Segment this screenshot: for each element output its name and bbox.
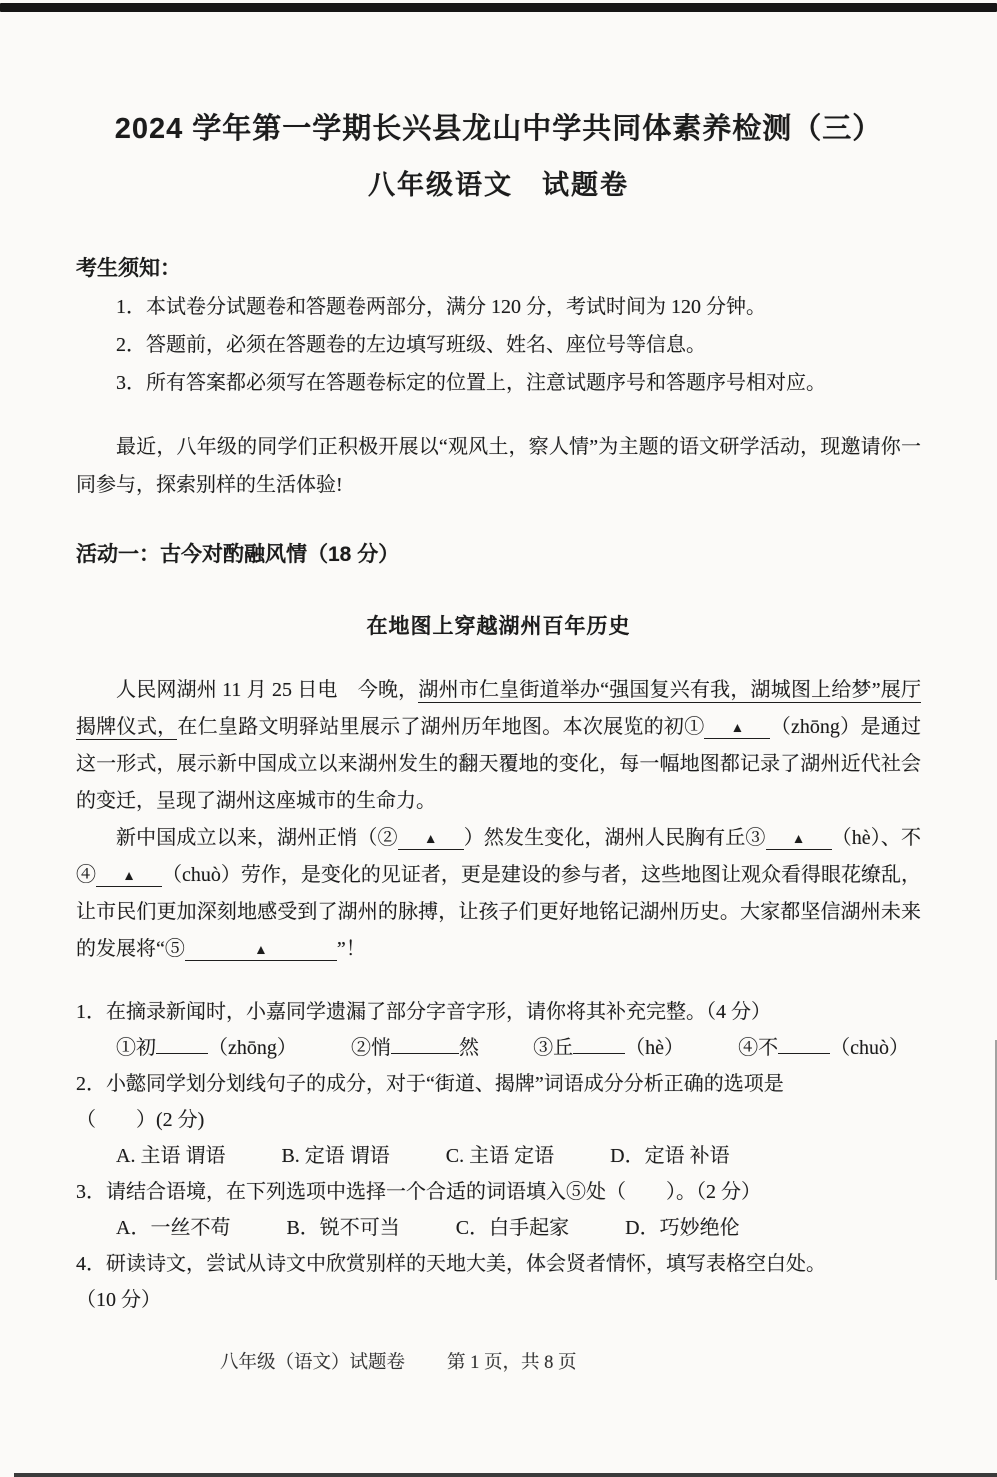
q1-item2-pre: ②悄 bbox=[351, 1037, 391, 1059]
q2-option-b: B. 定语 谓语 bbox=[281, 1138, 389, 1174]
p2-text-5: ”！ bbox=[337, 938, 366, 960]
notice-section: 考生须知： 1．本试卷分试题卷和答题卷两部分，满分 120 分，考试时间为 12… bbox=[76, 252, 921, 402]
q1-item1-blank bbox=[156, 1034, 208, 1054]
p2-text-2: ）然发生变化，湖州人民胸有丘③ bbox=[464, 827, 766, 849]
blank-3-triangle: ▲ bbox=[766, 832, 832, 850]
q2-option-c: C. 主语 定语 bbox=[446, 1138, 554, 1174]
q1-item1-pre: ①初 bbox=[116, 1037, 156, 1059]
exam-subtitle: 八年级语文 试题卷 bbox=[76, 163, 921, 202]
q1-blank-item-2: ②悄然 bbox=[351, 1030, 479, 1066]
blank-1-triangle: ▲ bbox=[704, 721, 770, 739]
q1-item2-post: 然 bbox=[459, 1037, 479, 1059]
q2-option-a: A. 主语 谓语 bbox=[116, 1138, 225, 1174]
notice-item-2: 2．答题前，必须在答题卷的左边填写班级、姓名、座位号等信息。 bbox=[116, 326, 921, 364]
q1-blank-item-1: ①初（zhōng） bbox=[116, 1030, 297, 1066]
question-3-stem: 3．请结合语境，在下列选项中选择一个合适的词语填入⑤处（ ）。（2 分） bbox=[76, 1174, 921, 1210]
q3-option-c: C．白手起家 bbox=[456, 1210, 569, 1246]
blank-4-triangle: ▲ bbox=[96, 869, 162, 887]
p1-text-2: 在仁皇路文明驿站里展示了湖州历年地图。本次展览的初① bbox=[177, 716, 704, 738]
question-4-stem: 4．研读诗文，尝试从诗文中欣赏别样的天地大美，体会贤者情怀，填写表格空白处。 bbox=[76, 1246, 921, 1282]
scan-edge-top bbox=[0, 3, 997, 12]
question-1-stem: 1．在摘录新闻时，小嘉同学遗漏了部分字音字形，请你将其补充完整。（4 分） bbox=[76, 994, 921, 1030]
notice-item-3: 3．所有答案都必须写在答题卷标定的位置上，注意试题序号和答题序号相对应。 bbox=[116, 364, 921, 402]
question-1-blanks-row: ①初（zhōng） ②悄然 ③丘（hè） ④不（chuò） bbox=[76, 1030, 921, 1066]
question-4-stem-line2: （10 分） bbox=[76, 1282, 921, 1318]
q1-item4-pre: ④不 bbox=[738, 1037, 778, 1059]
blank-5-triangle: ▲ bbox=[185, 943, 337, 961]
notice-item-1: 1．本试卷分试题卷和答题卷两部分，满分 120 分，考试时间为 120 分钟。 bbox=[116, 288, 921, 326]
article-title: 在地图上穿越湖州百年历史 bbox=[76, 610, 921, 640]
q1-item2-blank bbox=[391, 1034, 459, 1054]
question-2-options: A. 主语 谓语 B. 定语 谓语 C. 主语 定语 D．定语 补语 bbox=[76, 1138, 921, 1174]
q2-option-d: D．定语 补语 bbox=[610, 1138, 729, 1174]
exam-paper-page: 2024 学年第一学期长兴县龙山中学共同体素养检测（三） 八年级语文 试题卷 考… bbox=[0, 0, 997, 1477]
p2-text-1: 新中国成立以来，湖州正悄（② bbox=[116, 827, 398, 849]
exam-title: 2024 学年第一学期长兴县龙山中学共同体素养检测（三） bbox=[76, 0, 921, 147]
footer-paper-name: 八年级（语文）试题卷 bbox=[220, 1348, 405, 1374]
q1-blank-item-4: ④不（chuò） bbox=[738, 1030, 909, 1066]
page-footer: 八年级（语文）试题卷 第 1 页，共 8 页 bbox=[220, 1348, 577, 1374]
q1-item1-post: （zhōng） bbox=[208, 1037, 297, 1059]
p1-text-1: 人民网湖州 11 月 25 日电 今晚， bbox=[116, 679, 418, 701]
footer-page-number: 第 1 页，共 8 页 bbox=[447, 1348, 577, 1374]
article-paragraph-2: 新中国成立以来，湖州正悄（②▲）然发生变化，湖州人民胸有丘③▲（hè）、不 ④▲… bbox=[76, 820, 921, 968]
q1-item3-post: （hè） bbox=[625, 1037, 684, 1059]
q3-option-d: D．巧妙绝伦 bbox=[625, 1210, 739, 1246]
question-3-options: A．一丝不苟 B．锐不可当 C．白手起家 D．巧妙绝伦 bbox=[76, 1210, 921, 1246]
notice-list: 1．本试卷分试题卷和答题卷两部分，满分 120 分，考试时间为 120 分钟。 … bbox=[76, 288, 921, 402]
q1-blank-item-3: ③丘（hè） bbox=[533, 1030, 684, 1066]
q1-item4-post: （chuò） bbox=[830, 1037, 909, 1059]
q3-option-b: B．锐不可当 bbox=[286, 1210, 399, 1246]
q1-item3-blank bbox=[573, 1034, 625, 1054]
article-paragraph-1: 人民网湖州 11 月 25 日电 今晚，湖州市仁皇街道举办“强国复兴有我，湖城图… bbox=[76, 672, 921, 820]
question-2-stem: 2．小懿同学划分划线句子的成分，对于“街道、揭牌”词语成分分析正确的选项是 bbox=[76, 1066, 921, 1102]
questions-section: 1．在摘录新闻时，小嘉同学遗漏了部分字音字形，请你将其补充完整。（4 分） ①初… bbox=[76, 994, 921, 1318]
blank-2-triangle: ▲ bbox=[398, 832, 464, 850]
notice-heading: 考生须知： bbox=[76, 252, 921, 282]
scan-edge-bottom bbox=[14, 1473, 997, 1477]
q1-item3-pre: ③丘 bbox=[533, 1037, 573, 1059]
activity-heading: 活动一：古今对酌融风情（18 分） bbox=[76, 538, 921, 568]
intro-paragraph: 最近，八年级的同学们正积极开展以“观风土，察人情”为主题的语文研学活动，现邀请你… bbox=[76, 428, 921, 504]
q3-option-a: A．一丝不苟 bbox=[116, 1210, 230, 1246]
question-2-answer-parens: （ ）(2 分) bbox=[76, 1102, 921, 1138]
q1-item4-blank bbox=[778, 1034, 830, 1054]
